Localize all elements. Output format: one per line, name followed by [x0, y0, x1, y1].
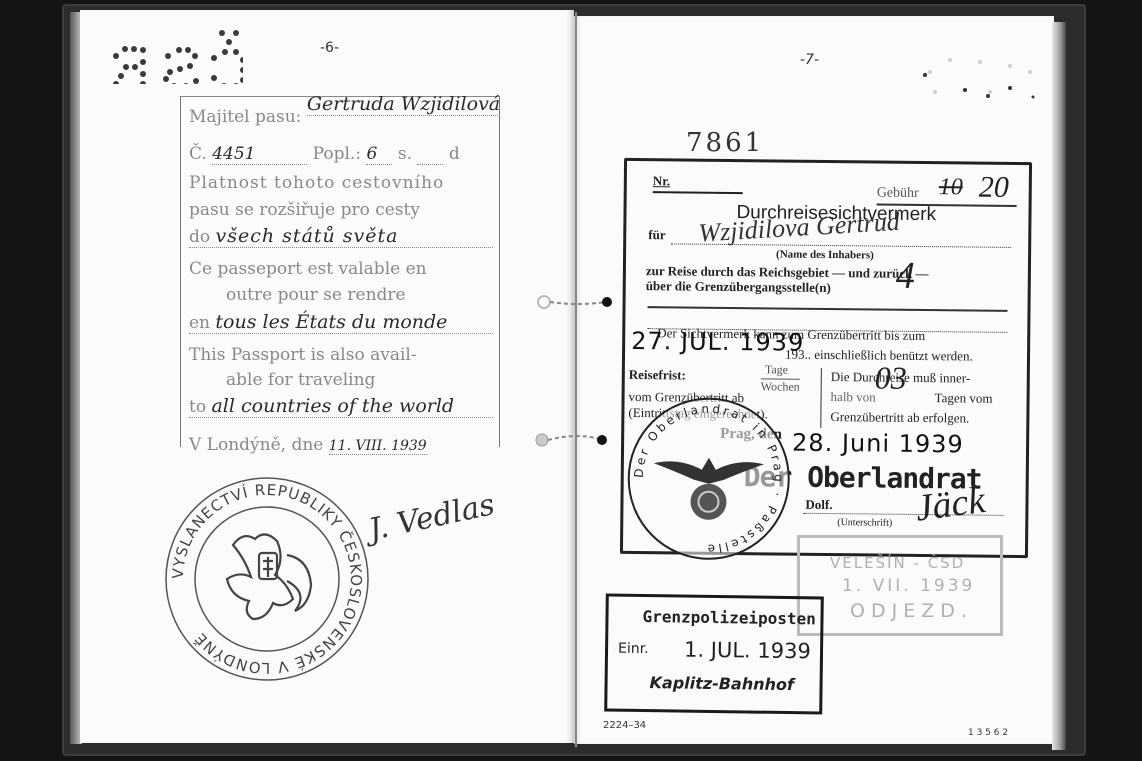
perforation-dots-faint [920, 52, 1050, 112]
number-fee-row: Č. 4451 Popl.: 6 s. d [189, 144, 493, 165]
visa-holder-caption: (Name des Inhabers) [776, 248, 874, 261]
velesin-exit-stamp: VELEŠÍN - ČSD 1. VII. 1939 ODJEZD. [797, 535, 1003, 636]
fee-label: Popl.: [313, 144, 361, 164]
english-destination: all countries of the world [211, 395, 454, 417]
travel-unit-days: Tage [765, 362, 788, 377]
holder-row: Majitel pasu: Gertruda Wzjidilová [189, 107, 493, 127]
exit-stamp-line-1: VELEŠÍN - ČSD [830, 554, 965, 572]
visa-route-value: 4 [896, 254, 915, 298]
visa-serial-number: 7861 [686, 128, 764, 158]
place-date-label: V Londýně, dne [189, 435, 323, 455]
english-prefix: to [189, 397, 206, 417]
fee-shillings: s. [398, 144, 412, 164]
transit-days-value: 03 [875, 360, 907, 397]
visa-fee-label: Gebühr [877, 186, 919, 202]
border-police-entry-stamp: Grenzpolizeiposten Einr. 1. JUL. 1939 Ka… [604, 593, 824, 714]
travel-period-label: Reisefrist: [629, 367, 686, 384]
lion-emblem-icon [227, 534, 311, 619]
number-value: 4451 [212, 144, 307, 165]
border-police-title: Grenzpolizeiposten [642, 607, 816, 628]
transit-line-2: halb von [831, 389, 876, 405]
fee-pence: d [449, 144, 460, 164]
place-date-row: V Londýně, dne 11. VIII. 1939 [189, 435, 493, 455]
english-destination-row: to all countries of the world [189, 395, 493, 418]
travel-unit-weeks: Wochen [761, 378, 800, 394]
binding-thread [530, 285, 620, 455]
french-destination: tous les États du monde [215, 311, 447, 333]
french-line-2: outre pour se rendre [226, 285, 493, 305]
visa-signature-caption: (Unterschrift) [837, 517, 892, 529]
visa-fee-crossed: 10 [939, 174, 963, 201]
exit-stamp-date: 1. VII. 1939 [842, 576, 975, 596]
visa-route-line-2: über die Grenzübergangsstelle(n) [646, 278, 831, 296]
fee-value: 6 [366, 144, 392, 165]
visa-validity-date: 27. JUL. 1939 [631, 327, 804, 357]
transit-line-3: Tagen vom [935, 390, 993, 407]
border-police-entry-label: Einr. [618, 641, 649, 657]
border-police-place: Kaplitz-Bahnhof [649, 673, 794, 694]
czechoslovak-legation-seal: VYSLANECTVÍ REPUBLIKY ČESKOSLOVENSKÉ V L… [163, 475, 371, 683]
visa-nr-label: Nr. [653, 173, 670, 189]
visa-signature: Jäck [913, 478, 988, 531]
visa-authority-sub: Dolf. [805, 497, 832, 513]
french-line-1: Ce passeport est valable en [189, 259, 493, 279]
czech-destination-row: do všech států světa [189, 225, 493, 248]
exit-stamp-line-3: ODJEZD. [850, 600, 973, 622]
holder-name: Gertruda Wzjidilová [307, 93, 500, 116]
passport-extension-stamp: Majitel pasu: Gertruda Wzjidilová Č. 445… [180, 96, 500, 447]
czech-destination: všech států světa [216, 225, 399, 247]
perforation-dots [108, 24, 243, 84]
prague-office-round-seal: Der Oberlandrat in Prag · Paßstelle [623, 393, 795, 565]
transit-visa-stamp: Nr. Gebühr 10 20 Durchreisesichtvermerk … [620, 158, 1032, 558]
number-label: Č. [189, 144, 207, 164]
transit-line-4: Grenzübertritt ab erfolgen. [830, 409, 969, 426]
visa-for-label: für [648, 227, 666, 243]
czech-prefix: do [189, 227, 210, 247]
border-police-date: 1. JUL. 1939 [684, 638, 811, 664]
visa-holder-name: Wzjidilova Gertrud [698, 207, 901, 249]
czech-line-2: pasu se rozšiřuje pro cesty [189, 200, 493, 220]
english-line-1: This Passport is also avail- [189, 345, 493, 365]
french-destination-row: en tous les États du monde [189, 311, 493, 334]
holder-label: Majitel pasu: [189, 107, 301, 127]
visa-fee-value: 20 [979, 171, 1009, 205]
english-line-2: able for traveling [226, 370, 493, 390]
czech-line-1: Platnost tohoto cestovního [189, 173, 493, 193]
french-prefix: en [189, 313, 210, 333]
passport-serial-footer: 1 3 5 6 2 [968, 728, 1008, 738]
printer-code: 2224–34 [603, 720, 646, 731]
right-page-number: -7- [800, 52, 819, 68]
place-date-value: 11. VIII. 1939 [329, 438, 427, 455]
visa-issue-date: 28. Juni 1939 [792, 429, 964, 459]
left-page-number: -6- [320, 40, 339, 56]
page-edge-right [1052, 22, 1066, 750]
